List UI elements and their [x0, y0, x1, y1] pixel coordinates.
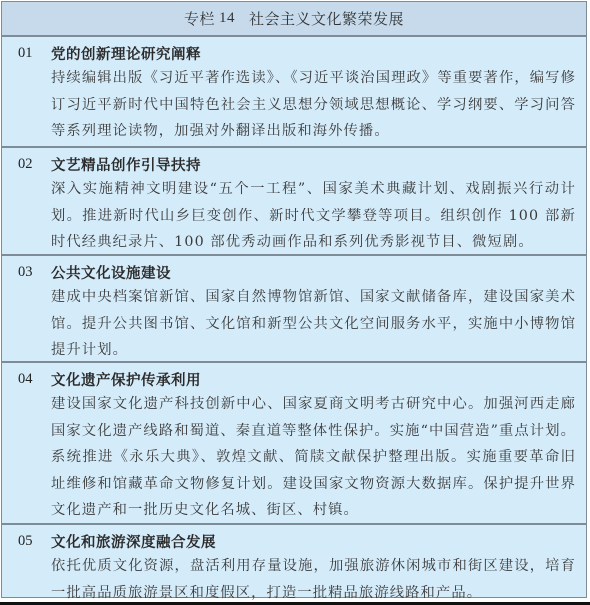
- section-05: 05 文化和旅游深度融合发展 依托优质文化资源，盘活利用存量设施，加强旅游休闲城…: [2, 525, 586, 605]
- feature-box: 专栏 14 社会主义文化繁荣发展 01 党的创新理论研究阐释 持续编辑出版《习近…: [1, 1, 587, 598]
- section-title: 文艺精品创作引导扶持: [51, 154, 201, 175]
- section-index: 03: [18, 264, 51, 281]
- header-number: 14: [219, 10, 235, 27]
- section-body: 深入实施精神文明建设“五个一工程”、国家美术典藏计划、戏剧振兴行动计划。推进新时…: [51, 176, 576, 256]
- section-body: 依托优质文化资源，盘活利用存量设施，加强旅游休闲城市和街区建设，培育一批高品质旅…: [51, 553, 576, 605]
- box-header: 专栏 14 社会主义文化繁荣发展: [2, 2, 586, 37]
- section-title: 党的创新理论研究阐释: [51, 43, 201, 64]
- section-index: 05: [18, 533, 51, 550]
- header-prefix: 专栏: [184, 8, 215, 29]
- section-title: 文化和旅游深度融合发展: [51, 531, 216, 552]
- section-01: 01 党的创新理论研究阐释 持续编辑出版《习近平著作选读》、《习近平谈治国理政》…: [2, 37, 586, 148]
- section-04: 04 文化遗产保护传承利用 建设国家文化遗产科技创新中心、国家夏商文明考古研究中…: [2, 363, 586, 525]
- section-title: 公共文化设施建设: [51, 262, 171, 283]
- section-03: 03 公共文化设施建设 建成中央档案馆新馆、国家自然博物馆新馆、国家文献储备库，…: [2, 256, 586, 363]
- section-title: 文化遗产保护传承利用: [51, 369, 201, 390]
- section-02: 02 文艺精品创作引导扶持 深入实施精神文明建设“五个一工程”、国家美术典藏计划…: [2, 148, 586, 256]
- section-index: 04: [18, 371, 51, 388]
- section-index: 01: [18, 45, 51, 62]
- header-title: 社会主义文化繁荣发展: [249, 8, 404, 29]
- section-body: 建设国家文化遗产科技创新中心、国家夏商文明考古研究中心。加强河西走廊国家文化遗产…: [51, 391, 576, 524]
- section-body: 建成中央档案馆新馆、国家自然博物馆新馆、国家文献储备库，建设国家美术馆。提升公共…: [51, 284, 576, 364]
- section-index: 02: [18, 156, 51, 173]
- section-body: 持续编辑出版《习近平著作选读》、《习近平谈治国理政》等重要著作，编写修订习近平新…: [51, 65, 576, 145]
